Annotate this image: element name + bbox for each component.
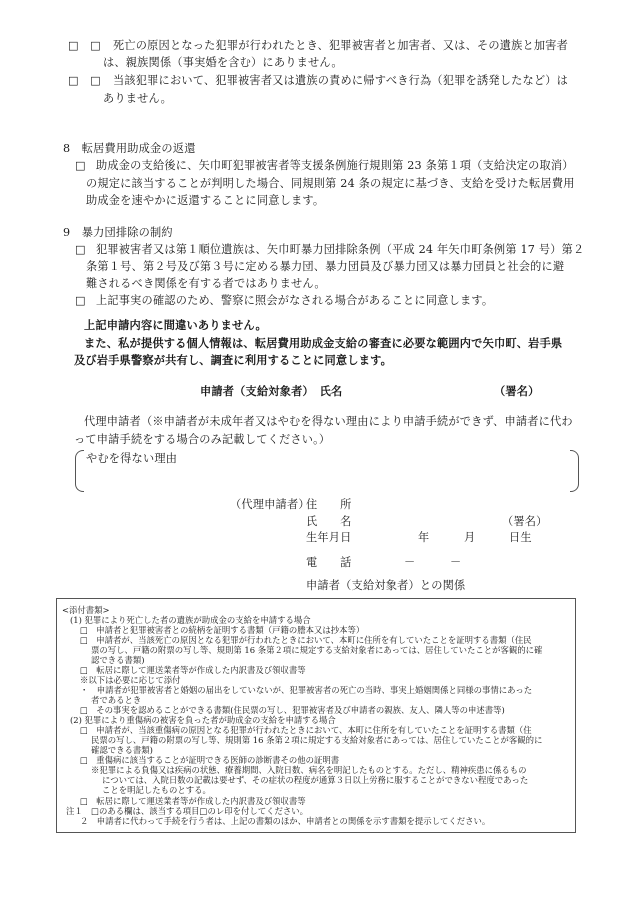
sec7-item1-line1: 死亡の原因となった犯罪が行われたとき、犯罪被害者と加害者、又は、その遺族と加害者 [113, 38, 568, 54]
applicant-signature-label: （署名） [494, 384, 540, 400]
declaration-line1: 上記申請内容に間違いありません。 [84, 318, 267, 334]
phone-label: 電 話 [306, 555, 352, 571]
attachments-line: 民票の写し、戸籍の附票の写し等、規則第 16 条第２項に規定する支給対象者にあっ… [91, 734, 542, 746]
sec7-item2-checkboxes[interactable]: □ □ [68, 73, 101, 89]
sec9-item1-checkbox[interactable]: □ [75, 242, 86, 258]
sec9-item1-line3: 難されるべき関係を有する者ではありません。 [86, 276, 326, 292]
reason-input[interactable] [86, 468, 566, 488]
proxy-note-line2: って申請手続をする場合のみ記載してください。） [74, 432, 330, 448]
sec9-item2-line1: 上記事実の確認のため、警察に照会がなされる場合があることに同意します。 [96, 293, 493, 309]
name-signature-label: （署名） [502, 514, 548, 530]
sec8-line2: の規定に該当することが判明した場合、同規則第 24 条の規定に基づき、支給を受け… [86, 176, 575, 192]
declaration-line2: また、私が提供する個人情報は、転居費用助成金支給の審査に必要な範囲内で矢巾町、岩… [84, 336, 562, 352]
sec9-item1-line2: 条第１号、第２号及び第３号に定める暴力団、暴力団員及び暴力団又は暴力団員と社会的… [86, 259, 564, 275]
reason-label: やむを得ない理由 [86, 451, 177, 467]
birth-day-label: 日生 [509, 530, 532, 546]
sec8-line1: 助成金の支給後に、矢巾町犯罪被害者等支援条例施行規則第 23 条第１項（支給決定… [96, 158, 574, 174]
relation-label: 申請者（支給対象者）との関係 [306, 578, 465, 594]
sec8-heading: 8 転居費用助成金の返還 [63, 141, 196, 157]
sec9-item1-line1: 犯罪被害者又は第１順位遺族は、矢巾町暴力団排除条例（平成 24 年矢巾町条例第 … [96, 242, 584, 258]
reason-bracket-right [570, 450, 579, 492]
birth-month-label: 月 [464, 530, 475, 546]
sec7-item2-line1: 当該犯罪において、犯罪被害者又は遺族の責めに帰すべき行為（犯罪を誘発したなど）は [113, 73, 568, 89]
sec8-line3: 助成金を速やかに返還することに同意します。 [86, 193, 324, 209]
attachments-line: 票の写し、戸籍の附票の写し等、規則第 16 条第２項に規定する支給対象者にあって… [91, 644, 542, 656]
attachments-note-2: ２ 申請者に代わって手続を行う者は、上記の書類のほか、申請者との関係を示す書類を… [80, 815, 490, 827]
sec7-item1-checkboxes[interactable]: □ □ [68, 38, 101, 54]
phone-separator-1: － [404, 555, 415, 571]
address-field[interactable] [370, 495, 550, 513]
reason-bracket-left [75, 450, 84, 492]
sec7-item2-line2: ありません。 [103, 91, 172, 107]
applicant-name-field[interactable] [320, 382, 480, 400]
sec8-checkbox[interactable]: □ [75, 158, 86, 174]
attachments-line: ・ 申請者が犯罪被害者と婚姻の届出をしていないが、犯罪被害者の死亡の当時、事実上… [80, 684, 532, 696]
proxy-note-line1: 代理申請者（※申請者が未成年者又はやむを得ない理由により申請手続ができず、申請者… [84, 414, 573, 430]
sec7-item1-line2: は、親族関係（事実婚を含む）にありません。 [103, 55, 343, 71]
address-label: 住 所 [306, 497, 352, 513]
proxy-title: （代理申請者） [230, 497, 310, 513]
declaration-line3: 及び岩手県警察が共有し、調査に利用することに同意します。 [74, 353, 392, 369]
phone-separator-2: － [450, 555, 461, 571]
birth-year-label: 年 [418, 530, 429, 546]
sec9-heading: 9 暴力団排除の制約 [63, 225, 173, 241]
sec9-item2-checkbox[interactable]: □ [75, 293, 86, 309]
birthdate-label: 生年月日 [306, 530, 352, 546]
name-label: 氏 名 [306, 514, 352, 530]
name-field[interactable] [370, 512, 490, 530]
